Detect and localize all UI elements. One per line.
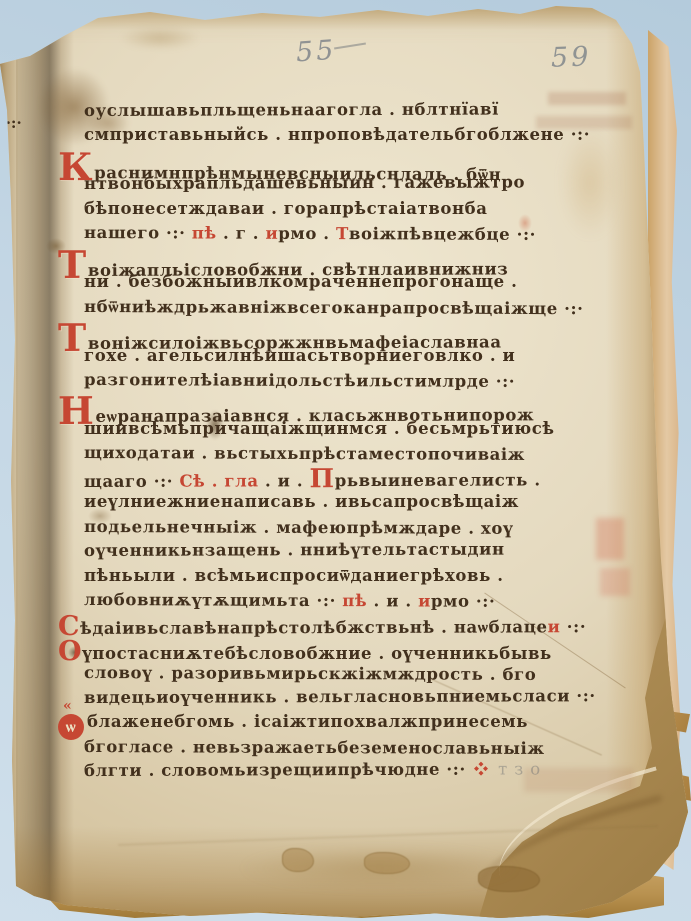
ink-text: воіжпѣвцежбце ·:·: [349, 224, 536, 244]
ink-text: шиивсѣмьпричащаіжщинмся . бесьмрьтиюсѣ: [84, 419, 555, 438]
ink-text: ·:·: [560, 618, 586, 637]
rubric-drop-initial: Т: [58, 242, 87, 287]
manuscript-line: нашего ·:· пѣ . г . ирмо . Твоіжпѣвцежбц…: [84, 223, 536, 244]
manuscript-line: оүченникьнзащень . нниѣүтельтастыдин: [84, 540, 505, 560]
manuscript-line: нбѿниѣждрьжавніжвсегоканрапросвѣщаіжще ·…: [84, 297, 584, 319]
manuscript-line: гохе . агельсилнѣишасьтворниеговлко . и: [84, 346, 515, 365]
manuscript-line: бѣпонесетждаваи . горапрѣстаіатвонба: [84, 199, 488, 218]
ink-text: рмо ·:·: [431, 592, 495, 611]
manuscript-line: оуслышавьпльщеньнаагогла . нблтнїавї: [84, 100, 499, 120]
ink-text: иеүлниежниенаписавь . ивьсапросвѣщаіж: [84, 492, 519, 511]
rubric-drop-initial: Т: [58, 315, 87, 360]
parchment-page: 55 59 ї·:· « оуслышавьпльщеньнаагогла . …: [0, 0, 691, 921]
faint-pencil-mark: тзо: [498, 760, 547, 779]
ink-text: подьельнечныіж . мафеюпрѣмждаре . хоү: [84, 517, 513, 538]
rubric-roundel-initial: ѡ: [58, 714, 84, 740]
ink-text: щааго ·:·: [84, 471, 179, 490]
ink-text: үпостасниѫтебѣсловобжние . оүченникьбывь: [82, 644, 552, 663]
ink-text: щиходатаи . вьстыхьпрѣстаместопочиваіж: [84, 443, 525, 464]
text-block: оуслышавьпльщеньнаагогла . нблтнїавїсмпр…: [0, 0, 691, 921]
manuscript-line: Сѣдаіивьславѣнапрѣстолѣбжствьнѣ . наѡбла…: [58, 613, 586, 640]
manuscript-line: нтвонбыхрапльдашевьныин . гажевыжтро: [84, 173, 525, 194]
manuscript-photo: 55 59 ї·:· « оуслышавьпльщеньнаагогла . …: [0, 0, 691, 921]
ink-text: любовниѫүтѫщимьта ·:·: [84, 590, 342, 610]
ink-text: нтвонбыхрапльдашевьныин . гажевыжтро: [84, 173, 525, 194]
manuscript-line: ѡблаженебгомь . ісаіжтипохвалжпринесемь: [58, 712, 528, 740]
manuscript-line: ни . безбожныивлкомраченнепрогонаще .: [84, 272, 517, 291]
manuscript-line: шиивсѣмьпричащаіжщинмся . бесьмрьтиюсѣ: [84, 419, 555, 438]
rubric-inline-initial: П: [309, 464, 334, 494]
manuscript-line: щааго ·:· Сѣ . гла . и . Прьвыиневагелис…: [84, 466, 541, 491]
manuscript-line: щиходатаи . вьстыхьпрѣстаместопочиваіж: [84, 443, 525, 464]
ink-text: гохе . агельсилнѣишасьтворниеговлко . и: [84, 346, 515, 365]
ink-text: бгогласе . невьзражаетьбеземенославьныіж: [84, 737, 545, 758]
ink-text: оуслышавьпльщеньнаагогла . нблтнїавї: [84, 100, 499, 120]
ink-text: ни . безбожныивлкомраченнепрогонаще .: [84, 272, 517, 291]
rubric-text: Сѣ . гла: [179, 471, 258, 490]
ink-text: блаженебгомь . ісаіжтипохвалжпринесемь: [87, 712, 528, 731]
manuscript-line: словоү . разоривьмирьскжіжмждрость . бго: [84, 663, 536, 684]
ink-text: бѣпонесетждаваи . горапрѣстаіатвонба: [84, 199, 488, 218]
rubric-text: Т: [336, 224, 349, 243]
manuscript-line: пѣньыли . всѣмьиспросиѿданиегрѣховь .: [84, 566, 504, 586]
red-cross-ornament-icon: [474, 761, 488, 780]
manuscript-line: подьельнечныіж . мафеюпрѣмждаре . хоү: [84, 517, 513, 538]
ink-text: смприставьныйсь . нпроповѣдательбгоблжен…: [84, 125, 590, 144]
ink-text: пѣньыли . всѣмьиспросиѿданиегрѣховь .: [84, 566, 504, 585]
manuscript-line: Оүпостасниѫтебѣсловобжние . оүченникьбыв…: [58, 639, 552, 663]
manuscript-line: любовниѫүтѫщимьта ·:· пѣ . и . ирмо ·:·: [84, 590, 495, 611]
rubric-text: и: [418, 591, 431, 610]
ink-text: рмо .: [278, 224, 336, 243]
rubric-text: пѣ: [342, 591, 367, 610]
ink-text: ѣдаіивьславѣнапрѣстолѣбжствьнѣ . наѡблац…: [80, 618, 548, 639]
ink-text: разгонителѣіавниідольстѣильстимлрде ·:·: [84, 370, 515, 391]
ink-text: . г .: [217, 224, 266, 243]
ink-text: рьвыиневагелисть .: [335, 470, 541, 490]
manuscript-line: иеүлниежниенаписавь . ивьсапросвѣщаіж: [84, 492, 519, 511]
ink-text: блгти . словомьизрещиипрѣчюдне ·:·: [84, 760, 472, 780]
ink-text: нбѿниѣждрьжавніжвсегоканрапросвѣщаіжще ·…: [84, 297, 584, 318]
ink-text: видецьиоүченникь . вельгласновьпниемьсла…: [84, 686, 596, 707]
rubric-text: пѣ: [192, 224, 217, 243]
ink-text: . и .: [259, 471, 310, 490]
ink-text: словоү . разоривьмирьскжіжмждрость . бго: [84, 663, 536, 684]
rubric-text: и: [548, 618, 561, 637]
manuscript-line: блгти . словомьизрещиипрѣчюдне ·:· тзо: [84, 760, 547, 782]
manuscript-line: смприставьныйсь . нпроповѣдательбгоблжен…: [84, 125, 590, 144]
ink-text: нашего ·:·: [84, 223, 192, 242]
manuscript-line: разгонителѣіавниідольстѣильстимлрде ·:·: [84, 370, 515, 391]
rubric-text: и: [265, 224, 278, 243]
ink-text: оүченникьнзащень . нниѣүтельтастыдин: [84, 540, 505, 560]
rubric-initial: О: [58, 636, 82, 667]
manuscript-line: бгогласе . невьзражаетьбеземенославьныіж: [84, 737, 545, 758]
manuscript-line: видецьиоүченникь . вельгласновьпниемьсла…: [84, 686, 596, 707]
ink-text: . и .: [367, 591, 418, 610]
